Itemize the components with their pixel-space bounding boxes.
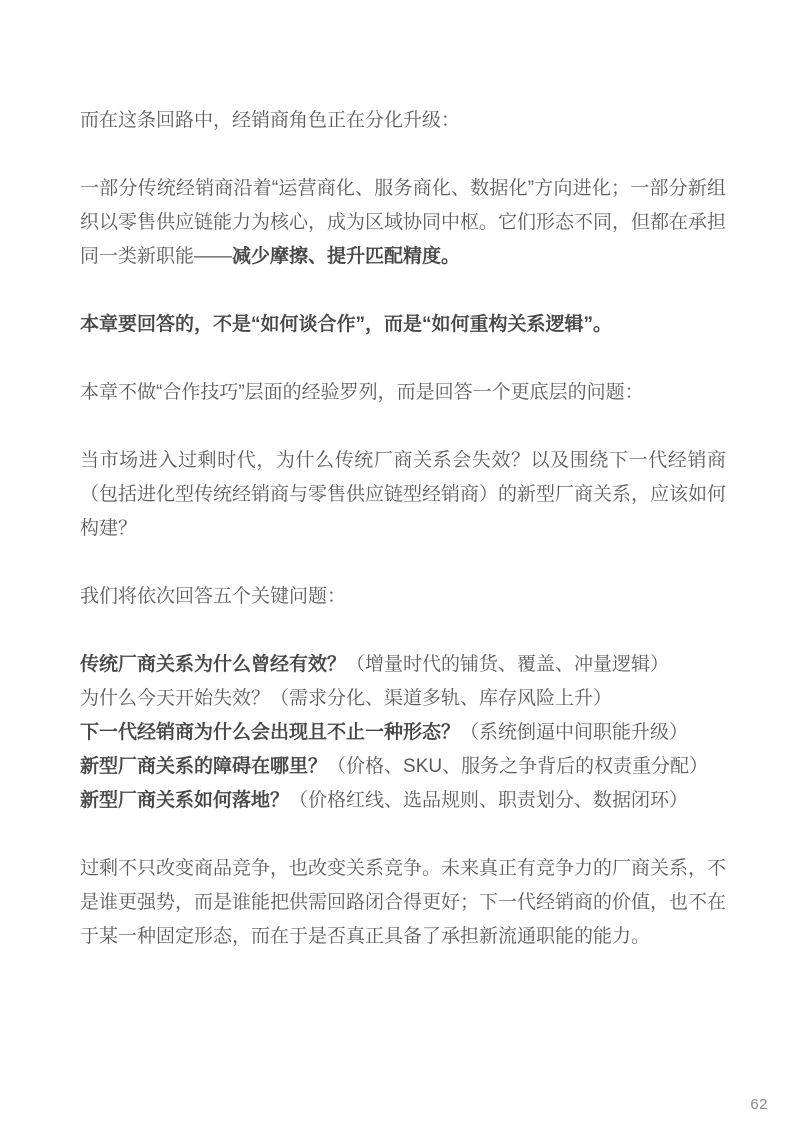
bold-text-run: 传统厂商关系为什么曾经有效？ bbox=[80, 654, 346, 675]
paragraph-conclusion: 过剩不只改变商品竞争，也改变关系竞争。未来真正有竞争力的厂商关系，不是谁更强势，… bbox=[80, 852, 726, 954]
page-number: 62 bbox=[750, 1095, 768, 1115]
paragraph-intro: 而在这条回路中，经销商角色正在分化升级： bbox=[80, 104, 726, 138]
text-run: （系统倒逼中间职能升级） bbox=[460, 722, 688, 743]
list-item: 新型厂商关系如何落地？（价格红线、选品规则、职责划分、数据闭环） bbox=[80, 784, 726, 818]
text-run: （增量时代的铺货、覆盖、冲量逻辑） bbox=[346, 654, 669, 675]
text-run: 为什么今天开始失效？（需求分化、渠道多轨、库存风险上升） bbox=[80, 688, 612, 709]
bold-text-run: 新型厂商关系如何落地？ bbox=[80, 790, 289, 811]
bold-text-run: 本章要回答的，不是“如何谈合作”，而是“如何重构关系逻辑”。 bbox=[80, 314, 612, 335]
key-questions-list: 传统厂商关系为什么曾经有效？（增量时代的铺货、覆盖、冲量逻辑）为什么今天开始失效… bbox=[80, 648, 726, 818]
list-item: 传统厂商关系为什么曾经有效？（增量时代的铺货、覆盖、冲量逻辑） bbox=[80, 648, 726, 682]
text-run: 我们将依次回答五个关键问题： bbox=[80, 586, 346, 607]
list-item: 新型厂商关系的障碍在哪里？（价格、SKU、服务之争背后的权责重分配） bbox=[80, 750, 726, 784]
list-item: 为什么今天开始失效？（需求分化、渠道多轨、库存风险上升） bbox=[80, 682, 726, 716]
paragraph-list-lead: 我们将依次回答五个关键问题： bbox=[80, 580, 726, 614]
paragraph-evolution: 一部分传统经销商沿着“运营商化、服务商化、数据化”方向进化；一部分新组织以零售供… bbox=[80, 172, 726, 274]
text-run: （价格红线、选品规则、职责划分、数据闭环） bbox=[289, 790, 688, 811]
bold-text-run: 减少摩擦、提升匹配精度。 bbox=[232, 246, 460, 267]
list-item: 下一代经销商为什么会出现且不止一种形态？（系统倒逼中间职能升级） bbox=[80, 716, 726, 750]
page-content: 而在这条回路中，经销商角色正在分化升级：一部分传统经销商沿着“运营商化、服务商化… bbox=[80, 104, 726, 954]
bold-text-run: 下一代经销商为什么会出现且不止一种形态？ bbox=[80, 722, 460, 743]
paragraph-core-question: 当市场进入过剩时代，为什么传统厂商关系会失效？以及围绕下一代经销商（包括进化型传… bbox=[80, 444, 726, 546]
bold-text-run: 新型厂商关系的障碍在哪里？ bbox=[80, 756, 327, 777]
document-page: 而在这条回路中，经销商角色正在分化升级：一部分传统经销商沿着“运营商化、服务商化… bbox=[0, 0, 800, 1131]
text-run: 过剩不只改变商品竞争，也改变关系竞争。未来真正有竞争力的厂商关系，不是谁更强势，… bbox=[80, 858, 726, 947]
text-run: 而在这条回路中，经销商角色正在分化升级： bbox=[80, 110, 460, 131]
paragraph-chapter-scope: 本章不做“合作技巧”层面的经验罗列，而是回答一个更底层的问题： bbox=[80, 376, 726, 410]
text-run: 本章不做“合作技巧”层面的经验罗列，而是回答一个更底层的问题： bbox=[80, 382, 644, 403]
text-run: （价格、SKU、服务之争背后的权责重分配） bbox=[327, 756, 708, 777]
paragraph-chapter-goal: 本章要回答的，不是“如何谈合作”，而是“如何重构关系逻辑”。 bbox=[80, 308, 726, 342]
text-run: 当市场进入过剩时代，为什么传统厂商关系会失效？以及围绕下一代经销商（包括进化型传… bbox=[80, 450, 726, 539]
